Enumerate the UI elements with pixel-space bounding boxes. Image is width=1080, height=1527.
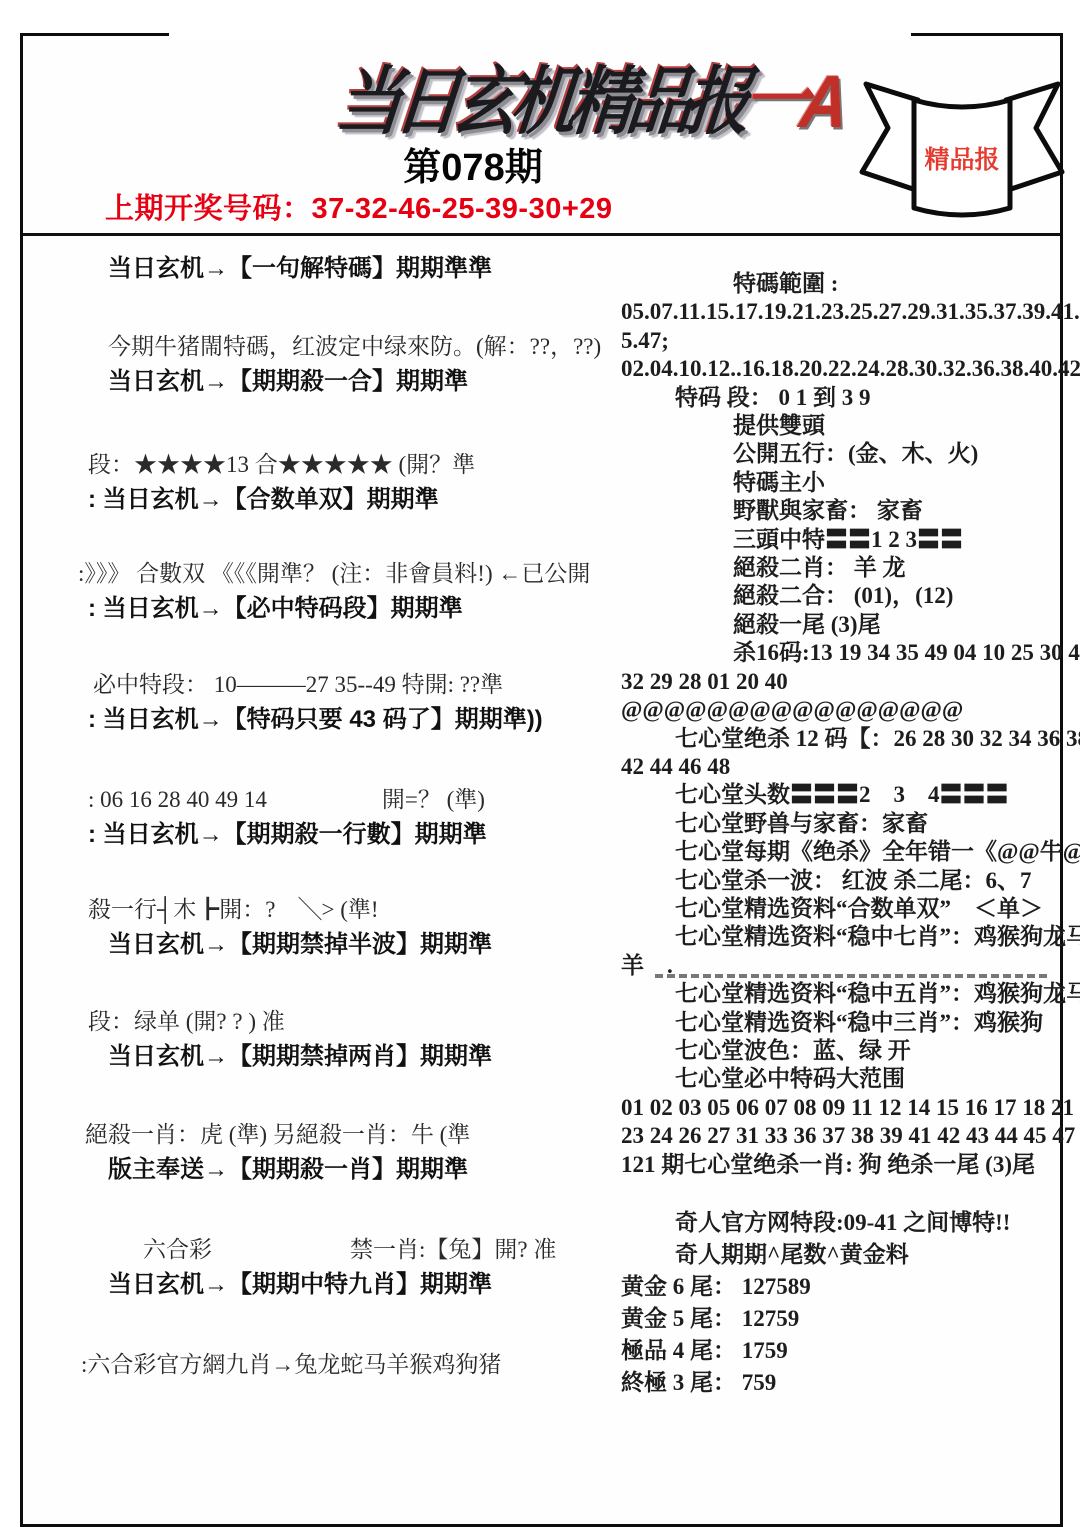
right-column: 特碼範圍 : 05.07.11.15.17.19.21.23.25.27.29.… [621, 270, 1071, 1399]
left-line: : 当日玄机→【合数单双】期期準 [88, 479, 439, 514]
left-line: 版主奉送→【期期殺一肖】期期準 [108, 1149, 468, 1184]
left-line: 必中特段： 10———27 35--49 特開: ??準 [93, 666, 503, 699]
right-line: 特碼主小 [621, 469, 1071, 497]
left-line: 当日玄机→【期期禁掉两肖】期期準 [108, 1036, 492, 1071]
right-line: 121 期七心堂绝杀一肖: 狗 绝杀一尾 (3)尾 [621, 1151, 1071, 1179]
right-line: 02.04.10.12..16.18.20.22.24.28.30.32.36.… [621, 355, 1071, 383]
right-column-gap [621, 1179, 1071, 1207]
left-line: 段：绿单 (開? ? ) 准 [88, 1003, 285, 1036]
right-line: 杀16码:13 19 34 35 49 04 10 25 30 46 [621, 639, 1071, 667]
left-line: : 06 16 28 40 49 14 開=？ (準) [88, 781, 485, 814]
right-line: 七心堂每期《绝杀》全年错一《@@牛@@》 [621, 838, 1071, 866]
right-line: 七心堂精选资料“稳中七肖”：鸡猴狗龙马蛇 [621, 923, 1071, 951]
left-line: 六合彩 禁一肖:【兔】開? 准 [143, 1231, 556, 1264]
right-line: 三頭中特〓〓1 2 3〓〓 [621, 526, 1071, 554]
left-line: 今期牛猪閙特碼，红波定中绿來防。(解：??，??) [108, 328, 601, 361]
right-line: 野獸與家畜： 家畜 [621, 497, 1071, 525]
strikethrough-mark [655, 974, 1047, 978]
right-line: 絕殺二合： (01)，(12) [621, 582, 1071, 610]
left-line: 当日玄机→【一句解特碼】期期準準 [108, 248, 492, 283]
right-line: 奇人官方网特段:09-41 之间博特!! [621, 1207, 1071, 1239]
top-border-gap [169, 31, 911, 39]
right-line: 提供雙頭 [621, 412, 1071, 440]
right-line: 絕殺一尾 (3)尾 [621, 611, 1071, 639]
scanned-lottery-sheet: { "header": { "title": "当日玄机精品报", "title… [0, 0, 1080, 1527]
right-line: 公開五行：(金、木、火) [621, 440, 1071, 468]
right-line: 黄金 6 尾： 127589 [621, 1271, 1071, 1303]
right-line: 七心堂野兽与家畜：家畜 [621, 810, 1071, 838]
right-line: 23 24 26 27 31 33 36 37 38 39 41 42 43 4… [621, 1122, 1071, 1150]
right-line: 5.47; [621, 327, 1071, 355]
page-border: 当日玄机精品报一A 第078期 上期开奖号码：37-32-46-25-39-30… [20, 33, 1063, 1527]
right-line: 特码 段： 0 1 到 3 9 [621, 384, 1071, 412]
left-line: 絕殺一肖：虎 (準) 另絕殺一肖：牛 (準 [85, 1116, 470, 1149]
right-line: 絕殺二肖： 羊 龙 [621, 554, 1071, 582]
right-line: 七心堂精选资料“稳中三肖”：鸡猴狗 [621, 1009, 1071, 1037]
ribbon-icon: 精品报 [856, 70, 1068, 230]
left-line: 殺一行┤木┣開：? ╲> (準! [88, 891, 379, 924]
right-line: 七心堂精选资料“合数单双” ＜单＞ [621, 895, 1071, 923]
left-line: :六合彩官方網九肖→兔龙蛇马羊猴鸡狗猪 [81, 1346, 501, 1379]
left-line: : 当日玄机→【特码只要 43 码了】期期準)) [88, 699, 543, 734]
right-line: 05.07.11.15.17.19.21.23.25.27.29.31.35.3… [621, 298, 1071, 326]
right-line: 七心堂杀一波： 红波 杀二尾：6、7 [621, 867, 1071, 895]
left-line: 当日玄机→【期期中特九肖】期期準 [108, 1264, 492, 1299]
masthead-title-text: 当日玄机精品报 [332, 60, 747, 143]
right-line: 01 02 03 05 06 07 08 09 11 12 14 15 16 1… [621, 1094, 1071, 1122]
last-draw-numbers: 上期开奖号码：37-32-46-25-39-30+29 [105, 186, 613, 227]
right-line: 黄金 5 尾： 12759 [621, 1303, 1071, 1335]
left-line: : 当日玄机→【必中特码段】期期準 [88, 588, 463, 623]
right-line: 七心堂必中特码大范围 [621, 1065, 1071, 1093]
right-line: 特碼範圍 : [621, 270, 1071, 298]
header-divider [23, 233, 1060, 236]
masthead-title: 当日玄机精品报一A [332, 42, 943, 148]
right-line: 42 44 46 48 [621, 753, 1071, 781]
left-line: :》》》 合數双 《《《開準？ (注：非會員料!) ←已公開 [78, 555, 590, 588]
right-line: 32 29 28 01 20 40 [621, 668, 1071, 696]
left-line: : 当日玄机→【期期殺一行數】期期準 [88, 814, 487, 849]
right-line: 七心堂头数〓〓〓2 3 4〓〓〓 [621, 781, 1071, 809]
right-line: 終極 3 尾： 759 [621, 1367, 1071, 1399]
right-line: 七心堂精选资料“稳中五肖”：鸡猴狗龙马 [621, 980, 1071, 1008]
left-line: 当日玄机→【期期禁掉半波】期期準 [108, 924, 492, 959]
left-line: 段：★★★★13 合★★★★★ (開？準 [88, 446, 475, 479]
right-line: @@@@@@@@@@@@@@@@ [621, 696, 1071, 724]
issue-number: 第078期 [23, 136, 923, 191]
right-line: 七心堂绝杀 12 码【：26 28 30 32 34 36 38 40 [621, 725, 1071, 753]
right-line: 極品 4 尾： 1759 [621, 1335, 1071, 1367]
right-line: 奇人期期^尾数^黄金料 [621, 1239, 1071, 1271]
right-line: 七心堂波色：蓝、绿 开 [621, 1037, 1071, 1065]
masthead-title-suffix: 一A [738, 60, 844, 143]
left-line: 当日玄机→【期期殺一合】期期準 [108, 361, 468, 396]
ribbon-label: 精品报 [924, 145, 999, 174]
